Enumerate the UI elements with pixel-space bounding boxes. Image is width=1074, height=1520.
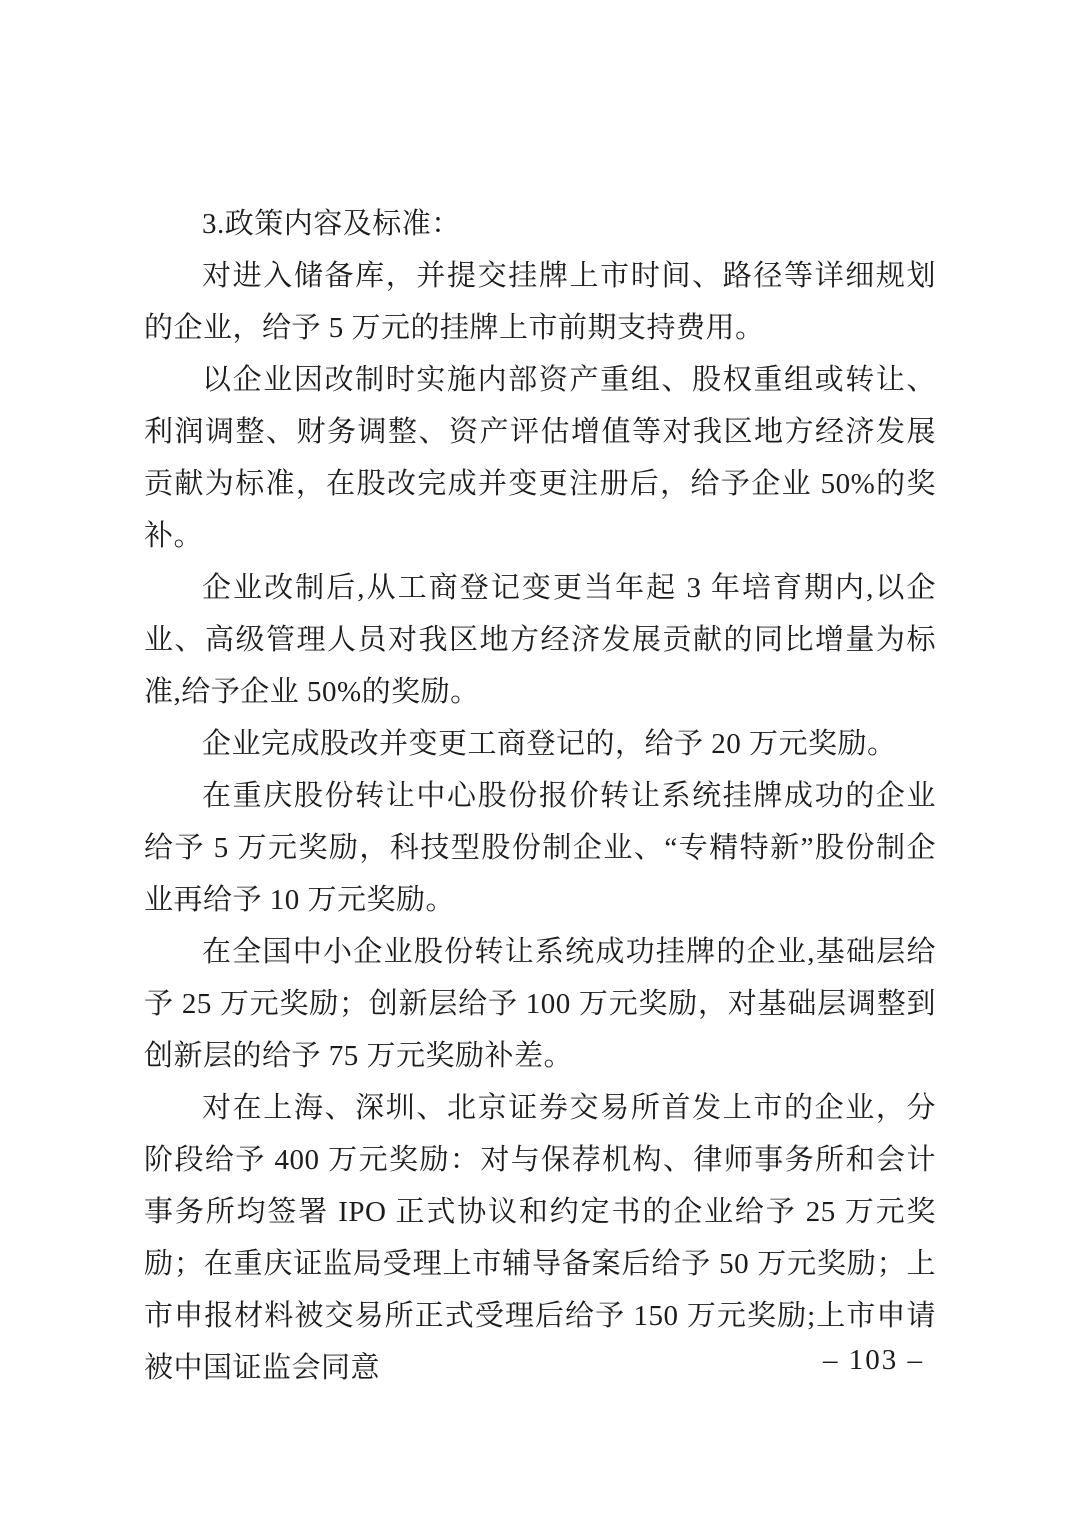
paragraph: 对进入储备库，并提交挂牌上市时间、路径等详细规划的企业，给予 5 万元的挂牌上市… (144, 250, 936, 354)
document-page: 3.政策内容及标准： 对进入储备库，并提交挂牌上市时间、路径等详细规划的企业，给… (0, 0, 1074, 1520)
paragraph: 对在上海、深圳、北京证券交易所首发上市的企业，分阶段给予 400 万元奖励：对与… (144, 1082, 936, 1394)
page-number: – 103 – (823, 1340, 924, 1380)
paragraph: 企业完成股改并变更工商登记的，给予 20 万元奖励。 (144, 718, 936, 770)
paragraph-heading: 3.政策内容及标准： (144, 198, 936, 250)
paragraph: 以企业因改制时实施内部资产重组、股权重组或转让、利润调整、财务调整、资产评估增值… (144, 354, 936, 562)
paragraph: 在全国中小企业股份转让系统成功挂牌的企业,基础层给予 25 万元奖励；创新层给予… (144, 926, 936, 1082)
paragraph: 在重庆股份转让中心股份报价转让系统挂牌成功的企业给予 5 万元奖励，科技型股份制… (144, 770, 936, 926)
paragraph: 企业改制后,从工商登记变更当年起 3 年培育期内,以企业、高级管理人员对我区地方… (144, 562, 936, 718)
document-body: 3.政策内容及标准： 对进入储备库，并提交挂牌上市时间、路径等详细规划的企业，给… (144, 198, 936, 1394)
